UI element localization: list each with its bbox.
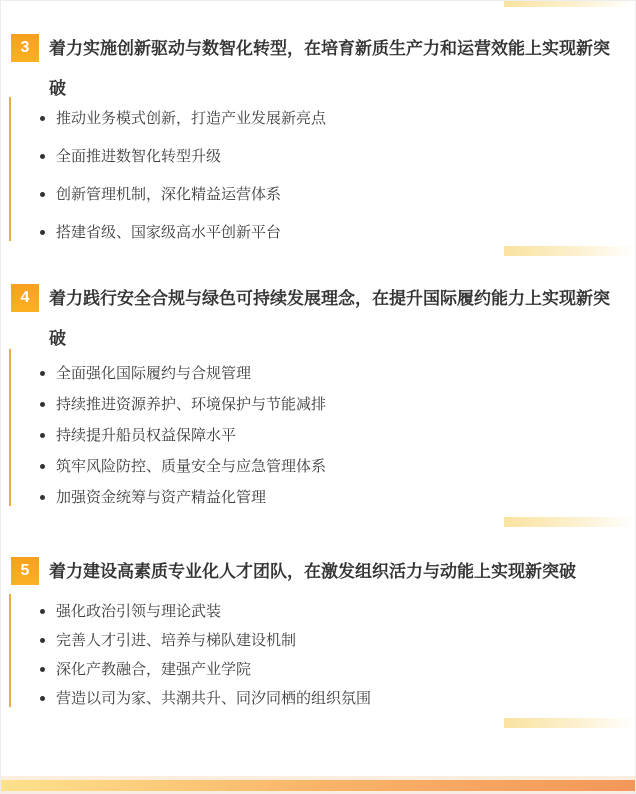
bullet-item: 全面强化国际履约与合规管理	[56, 366, 636, 382]
section-4: 4 着力践行安全合规与绿色可持续发展理念，在提升国际履约能力上实现新突破 全面强…	[1, 279, 636, 521]
section-4-title: 着力践行安全合规与绿色可持续发展理念，在提升国际履约能力上实现新突破	[49, 279, 611, 359]
bullet-item: 全面推进数智化转型升级	[56, 149, 636, 165]
section-4-bullet-list: 全面强化国际履约与合规管理 持续推进资源养护、环境保护与节能减排 持续提升船员权…	[1, 366, 636, 506]
bullet-item: 创新管理机制，深化精益运营体系	[56, 187, 636, 203]
section-4-header: 4 着力践行安全合规与绿色可持续发展理念，在提升国际履约能力上实现新突破	[1, 279, 636, 359]
section-3-number-badge: 3	[11, 34, 39, 62]
bullet-dot-icon	[40, 696, 45, 701]
bullet-item: 营造以司为家、共潮共升、同汐同栖的组织氛围	[56, 691, 636, 707]
bullet-dot-icon	[40, 230, 45, 235]
section-5-header: 5 着力建设高素质专业化人才团队，在激发组织活力与动能上实现新突破	[1, 552, 636, 592]
gradient-divider	[504, 718, 635, 728]
bullet-dot-icon	[40, 402, 45, 407]
bullet-dot-icon	[40, 192, 45, 197]
section-4-number-badge: 4	[11, 284, 39, 312]
gradient-divider	[504, 517, 635, 527]
bullet-dot-icon	[40, 433, 45, 438]
bullet-dot-icon	[40, 464, 45, 469]
bullet-dot-icon	[40, 667, 45, 672]
footer-gradient-band	[1, 780, 635, 791]
bullet-item: 强化政治引领与理论武装	[56, 604, 636, 620]
section-3-accent-line	[9, 97, 11, 241]
bullet-dot-icon	[40, 495, 45, 500]
bullet-item: 持续推进资源养护、环境保护与节能减排	[56, 397, 636, 413]
section-5-title: 着力建设高素质专业化人才团队，在激发组织活力与动能上实现新突破	[49, 552, 611, 592]
section-3-header: 3 着力实施创新驱动与数智化转型，在培育新质生产力和运营效能上实现新突破	[1, 29, 636, 109]
bullet-dot-icon	[40, 154, 45, 159]
bullet-text: 加强资金统筹与资产精益化管理	[56, 489, 266, 506]
bullet-text: 持续提升船员权益保障水平	[56, 427, 236, 444]
section-3: 3 着力实施创新驱动与数智化转型，在培育新质生产力和运营效能上实现新突破 推动业…	[1, 29, 636, 263]
bullet-item: 筑牢风险防控、质量安全与应急管理体系	[56, 459, 636, 475]
bullet-text: 全面强化国际履约与合规管理	[56, 365, 251, 382]
bullet-item: 完善人才引进、培养与梯队建设机制	[56, 633, 636, 649]
bullet-text: 营造以司为家、共潮共升、同汐同栖的组织氛围	[56, 690, 371, 707]
bullet-text: 完善人才引进、培养与梯队建设机制	[56, 632, 296, 649]
bullet-text: 持续推进资源养护、环境保护与节能减排	[56, 396, 326, 413]
bullet-text: 全面推进数智化转型升级	[56, 148, 221, 165]
bullet-text: 深化产教融合，建强产业学院	[56, 661, 251, 678]
bullet-dot-icon	[40, 116, 45, 121]
bullet-item: 加强资金统筹与资产精益化管理	[56, 490, 636, 506]
bullet-item: 搭建省级、国家级高水平创新平台	[56, 225, 636, 241]
document-page: 3 着力实施创新驱动与数智化转型，在培育新质生产力和运营效能上实现新突破 推动业…	[0, 0, 636, 794]
section-4-accent-line	[9, 349, 11, 506]
section-3-title: 着力实施创新驱动与数智化转型，在培育新质生产力和运营效能上实现新突破	[49, 29, 611, 109]
bullet-item: 持续提升船员权益保障水平	[56, 428, 636, 444]
bullet-dot-icon	[40, 609, 45, 614]
bullet-dot-icon	[40, 371, 45, 376]
section-5-accent-line	[9, 594, 11, 707]
bullet-text: 推动业务模式创新，打造产业发展新亮点	[56, 110, 326, 127]
section-5-bullet-list: 强化政治引领与理论武装 完善人才引进、培养与梯队建设机制 深化产教融合，建强产业…	[1, 604, 636, 707]
bullet-text: 强化政治引领与理论武装	[56, 603, 221, 620]
bullet-text: 创新管理机制，深化精益运营体系	[56, 186, 281, 203]
section-5: 5 着力建设高素质专业化人才团队，在激发组织活力与动能上实现新突破 强化政治引领…	[1, 552, 636, 720]
section-5-number-badge: 5	[11, 557, 39, 585]
bullet-text: 筑牢风险防控、质量安全与应急管理体系	[56, 458, 326, 475]
bullet-item: 深化产教融合，建强产业学院	[56, 662, 636, 678]
bullet-dot-icon	[40, 638, 45, 643]
section-3-bullet-list: 推动业务模式创新，打造产业发展新亮点 全面推进数智化转型升级 创新管理机制，深化…	[1, 111, 636, 241]
bullet-text: 搭建省级、国家级高水平创新平台	[56, 224, 281, 241]
bullet-item: 推动业务模式创新，打造产业发展新亮点	[56, 111, 636, 127]
gradient-divider	[504, 246, 635, 256]
gradient-divider-top	[504, 1, 635, 7]
